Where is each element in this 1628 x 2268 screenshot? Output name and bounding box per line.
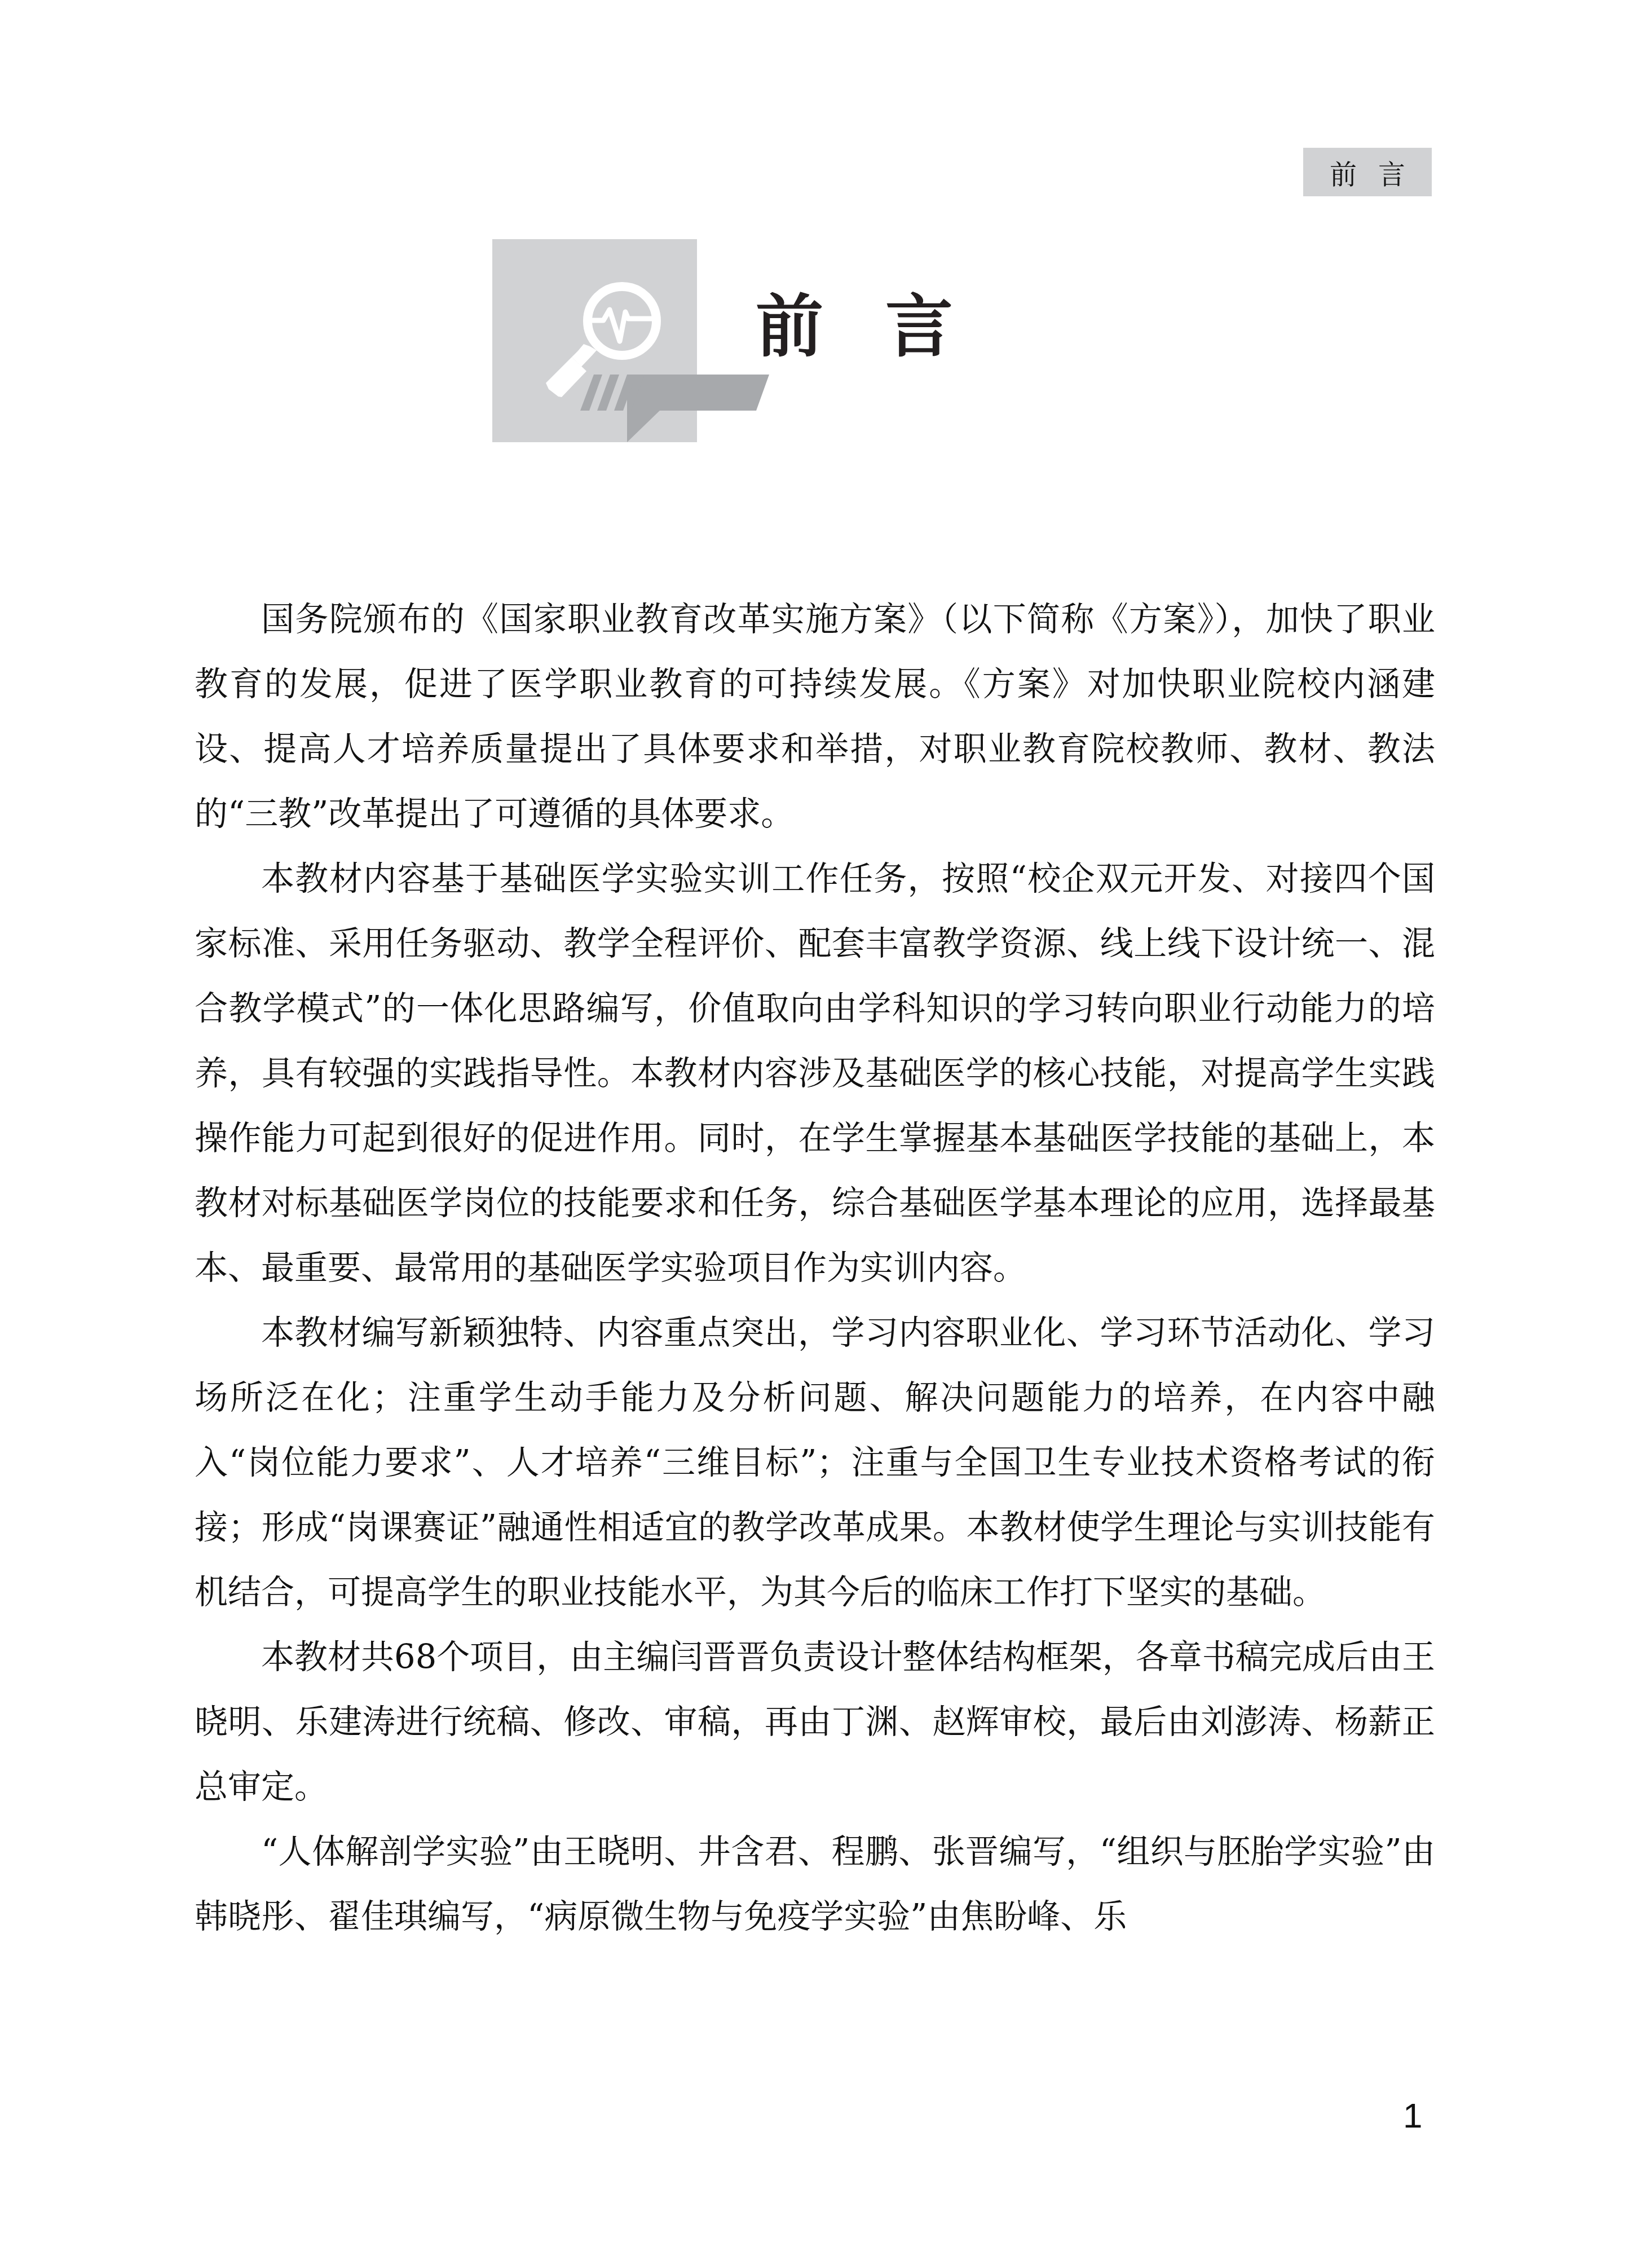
paragraph-3: 本教材编写新颖独特、内容重点突出，学习内容职业化、学习环节活动化、学习场所泛在化… (195, 1300, 1435, 1624)
paragraph-1: 国务院颁布的《国家职业教育改革实施方案》（以下简称《方案》），加快了职业教育的发… (195, 587, 1435, 846)
paragraph-4: 本教材共68个项目，由主编闫晋晋负责设计整体结构框架，各章书稿完成后由王晓明、乐… (195, 1624, 1435, 1819)
paragraph-2: 本教材内容基于基础医学实验实训工作任务，按照“校企双元开发、对接四个国家标准、采… (195, 846, 1435, 1300)
preface-body: 国务院颁布的《国家职业教育改革实施方案》（以下简称《方案》），加快了职业教育的发… (195, 587, 1435, 1949)
page-number: 1 (1403, 2096, 1422, 2136)
paragraph-5: “人体解剖学实验”由王晓明、井含君、程鹏、张晋编写，“组织与胚胎学实验”由韩晓彤… (195, 1819, 1435, 1949)
chapter-title: 前言 (756, 282, 1015, 361)
banner-graphic (0, 0, 1628, 508)
chapter-title-banner: 前言 (0, 0, 1628, 508)
